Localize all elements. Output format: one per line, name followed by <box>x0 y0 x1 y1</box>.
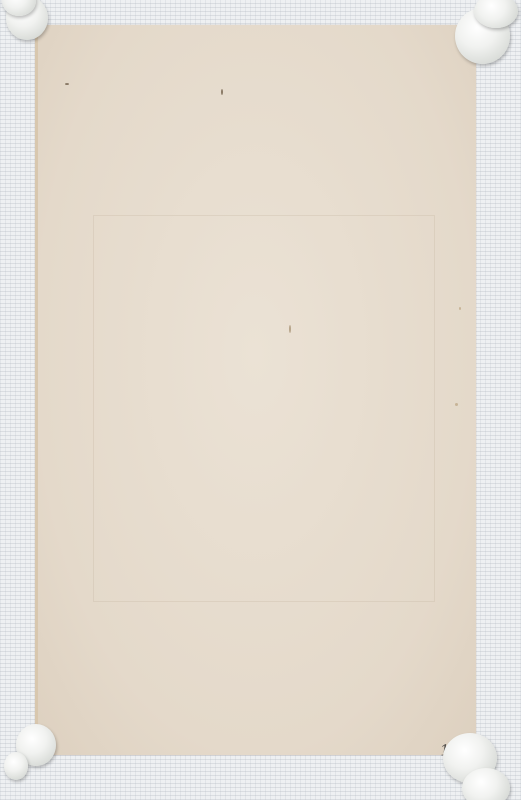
pin-bottom-left-head-icon <box>4 752 28 780</box>
stain-spot <box>65 83 69 85</box>
stain-spot <box>289 325 291 333</box>
stain-spot <box>459 307 461 310</box>
paper-sheet: 10673 <box>35 25 476 755</box>
stain-spot <box>221 89 223 95</box>
faint-plate-mark <box>93 215 435 602</box>
pin-bottom-right-head-icon <box>462 768 510 800</box>
stain-spot <box>455 403 458 406</box>
pin-top-right-head-icon <box>474 0 518 28</box>
paper-edge <box>35 25 38 755</box>
